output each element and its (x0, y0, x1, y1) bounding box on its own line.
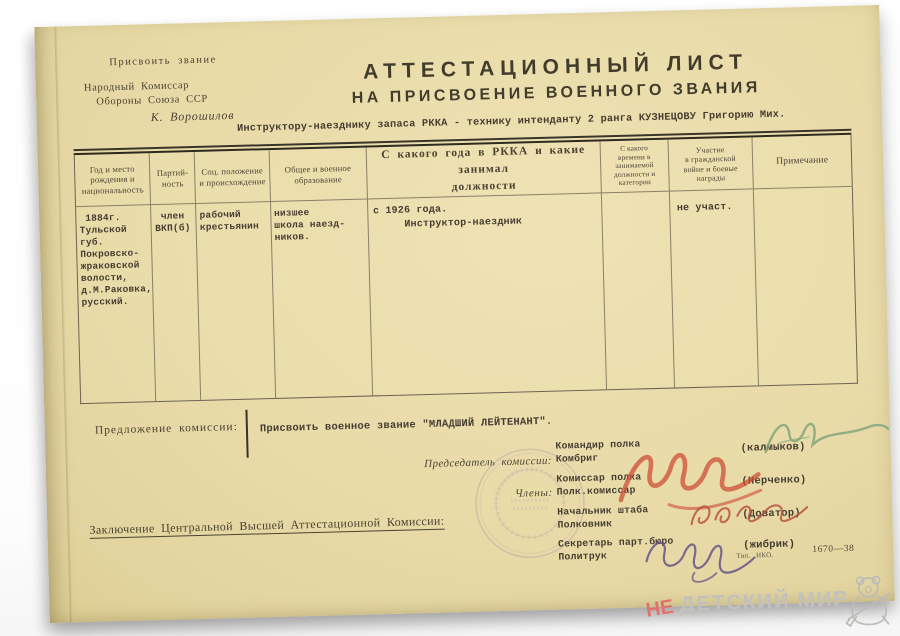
watermark-brand: ДЕТСКИЙ МИР (679, 587, 849, 617)
kalmykov-signature (757, 411, 893, 467)
commissar-block: Народный Комиссар Обороны Союза ССР К. В… (84, 78, 235, 126)
document-title: АТТЕСТАЦИОННЫЙ ЛИСТ НА ПРИСВОЕНИЕ ВОЕННО… (335, 50, 776, 109)
signer-name-4: (жибрик) (743, 538, 795, 551)
cell-service: с 1926 года. Инструктор-наездник (368, 193, 607, 395)
col-header-civil-war: Участие в гражданской войне и боевые наг… (668, 137, 754, 191)
voroshilov-signature-print: К. Ворошилов (151, 108, 235, 124)
signer-name-1: (калмыков) (740, 441, 805, 455)
cell-birth: 1884г. Тульской губ. Покровско- жраковск… (76, 205, 156, 403)
paper-fold-line (54, 27, 73, 623)
watermark-prefix: НЕ (644, 596, 675, 623)
cell-party: член ВКП(б) (151, 204, 201, 401)
conclusion-label: Заключение Центральной Высшей Аттестацио… (89, 514, 444, 538)
cell-social: рабочий крестьянин (196, 202, 276, 400)
signer-name-3: (Доватор) (742, 507, 801, 521)
photo-background: Присвоить звание Народный Комиссар Оборо… (0, 0, 900, 636)
proposal-label: Предложение комиссии: (95, 421, 238, 437)
col-header-service: С какого года в РККА и какие занимал дол… (366, 141, 602, 199)
printer-info: Тип. НКО. (736, 551, 773, 560)
col-header-note: Примечание (753, 135, 852, 190)
proposal-text: Присвоить военное звание "МЛАДШИЙ ЛЕЙТЕН… (260, 416, 553, 436)
cell-civil-war: не участ. (669, 189, 759, 387)
assign-rank-label: Присвоить звание (109, 54, 217, 68)
col-header-party: Партий- ность (150, 152, 196, 205)
attestation-table: Год и место рождения и национальность Па… (74, 133, 858, 404)
teddy-bear-with-rifle-icon (839, 572, 897, 634)
watermark: НЕ ДЕТСКИЙ МИР (639, 576, 897, 636)
col-header-education: Общее и военное образование (269, 148, 367, 203)
col-header-tenure: С какого времени в занимаемой должности … (601, 140, 670, 194)
commissar-line2: Обороны Союза ССР (96, 92, 234, 110)
cell-education: низшее школа наезд- ников. (271, 199, 373, 397)
cell-tenure (602, 192, 675, 390)
col-header-social: Соц. положение и происхождение (195, 150, 271, 204)
proposal-divider-line (245, 410, 248, 458)
round-stamp-icon (469, 441, 590, 566)
signer-name-2: (Нерченко) (741, 474, 806, 488)
form-number: 1670—38 (812, 544, 854, 555)
document-paper: Присвоить звание Народный Комиссар Оборо… (34, 5, 894, 623)
cell-note (754, 187, 857, 385)
col-header-birth: Год и место рождения и национальность (75, 153, 152, 207)
